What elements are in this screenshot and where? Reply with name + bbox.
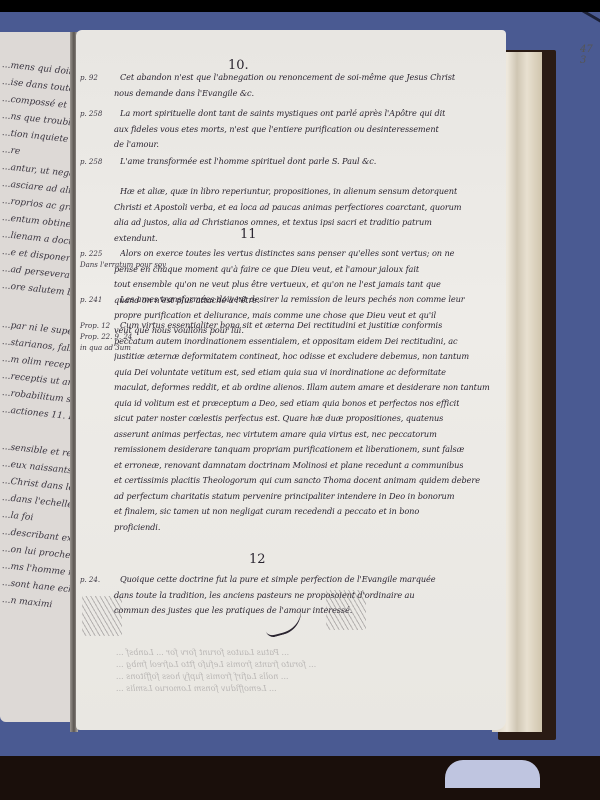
left-page-line: ...starianos, falso <box>1 337 72 355</box>
bleed-through-text: ... Patus Lautos forunt forv for ... Lan… <box>116 648 289 657</box>
left-page-line: ...lienam a doctri <box>1 230 72 248</box>
manuscript-line: Alors on exerce toutes les vertus distin… <box>120 248 454 258</box>
manuscript-line: maculat, deformes reddit, et ab ordine a… <box>114 382 490 392</box>
manuscript-line: et erroneæ, renovant damnatam doctrinam … <box>114 460 463 470</box>
left-page-line: ...receptis ut am <box>1 371 72 389</box>
pen-test-strokes <box>326 590 366 630</box>
left-page-line: ...Christ dans les <box>1 476 72 494</box>
left-page-line: ...tion inquiete et <box>1 128 72 146</box>
left-page-line: ...on lui proche <box>1 544 70 561</box>
manuscript-line: justitiæ æternæ deformitatem contineat, … <box>114 351 469 361</box>
left-page-line: ...n maximi <box>1 595 52 610</box>
manuscript-line: quia Dei voluntate vetitum est, sed etia… <box>114 367 446 377</box>
manuscript-line: quia id volitum est et præceptum a Deo, … <box>114 398 459 408</box>
manuscript-line: commun des justes que les pratiques de l… <box>114 605 352 615</box>
left-page: ...mens qui doit fai...ise dans toute lo… <box>0 32 72 722</box>
manuscript-line: La mort spirituelle dont tant de saints … <box>120 108 445 118</box>
bleed-through-text: ... nolls Lafirf fromis fupfy hoss foffi… <box>116 672 289 681</box>
manuscript-line: Quoique cette doctrine fut la pure et si… <box>120 574 436 584</box>
manuscript-line: Christi et Apostoli verba, et ea loca ad… <box>114 202 461 212</box>
manuscript-line: aux fideles vous etes morts, n'est que l… <box>114 124 439 134</box>
left-page-line: ...m olim recepta <box>1 354 72 372</box>
manuscript-line: Hæ et aliæ, quæ in libro reperiuntur, pr… <box>120 186 457 196</box>
left-page-line: ...robabilitum sat <box>1 388 72 406</box>
left-page-line: ...entum obtinen <box>1 213 72 231</box>
left-page-line: ...actiones 11. Lab <box>1 405 72 424</box>
manuscript-line: remissionem desiderare tanquam propriam … <box>114 444 464 454</box>
left-page-line: ...compossé et inqui <box>1 94 72 113</box>
right-page: 47 3 10.p. 92Cet abandon n'est que l'abn… <box>76 30 506 730</box>
manuscript-line: propre purification et deliurance, mais … <box>114 310 436 320</box>
manuscript-line: Les ames transformées doivent desirer la… <box>120 294 465 304</box>
left-page-line: ...ore salutem b <box>1 281 72 298</box>
cloth <box>445 760 540 788</box>
manuscript-line: et finalem, sic tamen ut non negligat cu… <box>114 506 419 516</box>
section-number: 11 <box>240 227 257 242</box>
manuscript-line: dans toute la tradition, les anciens pas… <box>114 590 415 600</box>
manuscript-line: sicut pater noster cœlestis perfectus es… <box>114 413 443 423</box>
left-page-line: ...ns que troubleme <box>1 111 72 130</box>
manuscript-photo: ...mens qui doit fai...ise dans toute lo… <box>0 12 600 768</box>
left-page-line: ...sensible et refle <box>1 442 72 460</box>
manuscript-line: Cum virtus essentialiter bona sit et æte… <box>120 320 442 330</box>
table-edge <box>0 756 600 800</box>
left-page-line: ...describant ex <box>1 527 72 544</box>
section-number: 12 <box>249 552 266 567</box>
section-number: 10. <box>228 58 249 73</box>
left-page-line: ...re <box>1 145 20 157</box>
pen-test-strokes <box>82 596 122 636</box>
left-page-line: ...eux naissants e <box>1 459 72 477</box>
manuscript-line: tout ensemble qu'on ne veut plus être ve… <box>114 279 441 289</box>
left-page-line: ...ms l'homme noir <box>1 561 72 580</box>
left-page-line: ...par ni le superieu <box>1 320 72 339</box>
left-page-line: ...ad perseverantia <box>1 264 72 283</box>
left-page-line: ...la foi <box>1 510 33 523</box>
manuscript-line: nous demande dans l'Evangile &c. <box>114 88 254 98</box>
manuscript-line: proficiendi. <box>114 522 160 532</box>
manuscript-line: extendunt. <box>114 233 158 243</box>
margin-note: p. 258 <box>80 110 102 118</box>
manuscript-line: L'ame transformée est l'homme spirituel … <box>120 156 376 166</box>
margin-note: p. 24. <box>80 576 100 584</box>
manuscript-line: alia ad justos, alia ad Christianos omne… <box>114 217 432 227</box>
left-page-line: ...mens qui doit fai <box>1 60 72 79</box>
manuscript-line: de l'amour. <box>114 139 159 149</box>
manuscript-line: ad perfectum charitatis statum pervenire… <box>114 491 454 501</box>
margin-note: p. 92 <box>80 74 98 82</box>
bleed-through-text: ... foruto frants fromis Lefufo ftto Laf… <box>116 660 316 669</box>
left-page-line: ...roprios ac gratu <box>1 196 72 215</box>
left-page-line: ...sont hane echell <box>1 578 72 597</box>
manuscript-line: asserunt animas perfectas, nec virtutem … <box>114 429 437 439</box>
left-page-line: ...ise dans toute lo <box>1 77 72 96</box>
margin-note: p. 258 <box>80 158 102 166</box>
folio-number: 47 3 <box>580 44 593 66</box>
manuscript-line: peccatum autem inordinationem essentiale… <box>114 336 458 346</box>
left-page-line: ...dans l'echelle <box>1 493 72 510</box>
manuscript-line: Cet abandon n'est que l'abnegation ou re… <box>120 72 455 82</box>
left-page-line: ...e et disponere ad <box>1 247 72 266</box>
left-page-line: ...antur, ut negent <box>1 162 72 181</box>
left-page-line: ...asciare ad alienu <box>1 179 72 198</box>
manuscript-line: et certissimis placitis Theologorum qui … <box>114 475 480 485</box>
margin-note: p. 241 <box>80 296 102 304</box>
bleed-through-text: ... Lemoffiduv fonsm Lomoruo Lsmlis ... <box>116 684 277 693</box>
manuscript-line: pense en chaque moment qu'à faire ce que… <box>114 264 419 274</box>
